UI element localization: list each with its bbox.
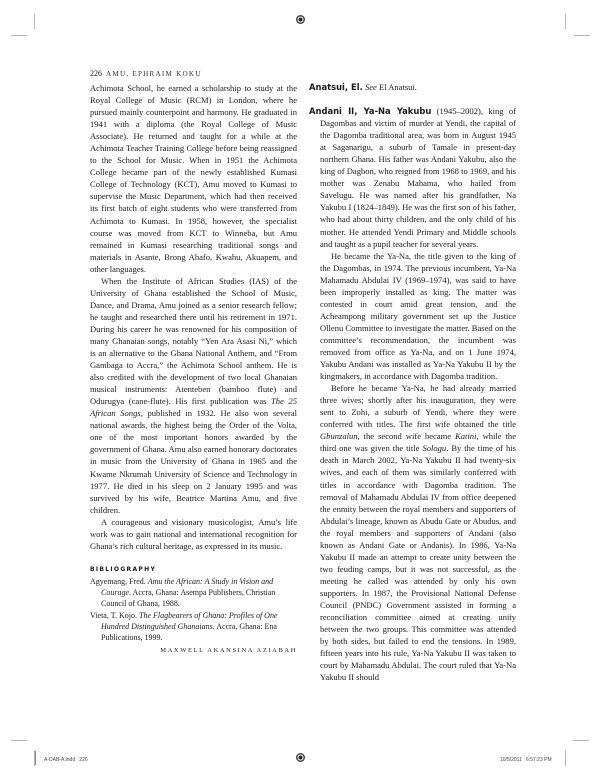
right-column: Anatsui, El. See El Anatsui. Andani II, … bbox=[309, 81, 516, 683]
contributor-name: MAXWELL AKANSINA AZIABAH bbox=[90, 645, 297, 657]
crop-mark-top-right-h bbox=[574, 35, 590, 36]
headword: Anatsui, El. bbox=[309, 82, 363, 92]
entry-intro: Andani II, Ya-Na Yakubu (1945–2002), kin… bbox=[309, 105, 516, 250]
paragraph: He became the Ya-Na, the title given to … bbox=[309, 250, 516, 383]
cross-reference: Anatsui, El. See El Anatsui. bbox=[309, 81, 516, 93]
paragraph: A courageous and visionary musicologist,… bbox=[90, 516, 297, 552]
running-head-title: AMU, EPHRAIM KOKU bbox=[106, 70, 202, 78]
bibliography-heading: BIBLIOGRAPHY bbox=[90, 564, 297, 576]
crop-mark-top-right-v bbox=[565, 13, 566, 29]
paragraph: When the Institute of African Studies (I… bbox=[90, 275, 297, 516]
paragraph: Achimota School, he earned a scholarship… bbox=[90, 82, 297, 275]
cross-reference-target: El Anatsui. bbox=[377, 82, 417, 92]
slug-rule-left bbox=[35, 751, 36, 765]
left-column: Achimota School, he earned a scholarship… bbox=[90, 82, 297, 657]
crop-mark-bottom-right-h bbox=[573, 740, 589, 741]
paragraph: Before he became Ya-Na, he had already m… bbox=[309, 382, 516, 683]
slug-timestamp: 10/5/2011 6:57:23 PM bbox=[500, 757, 552, 763]
crop-mark-top-left-h bbox=[11, 35, 27, 36]
registration-mark-bottom-icon bbox=[296, 753, 305, 762]
registration-mark-top-icon bbox=[296, 15, 305, 24]
bibliography-entry: Agyemang, Fred. Amu the African: A Study… bbox=[90, 576, 297, 610]
bibliography-entry: Vieta, T. Kojo. The Flagbearers of Ghana… bbox=[90, 610, 297, 644]
running-head: 226AMU, EPHRAIM KOKU bbox=[90, 69, 202, 78]
headword: Andani II, Ya-Na Yakubu bbox=[309, 106, 431, 116]
crop-mark-bottom-left-h bbox=[11, 740, 27, 741]
crop-mark-top-left-v bbox=[34, 13, 35, 29]
slug-file-name: A-DAB-A.indd 226 bbox=[44, 757, 88, 763]
crop-mark-bottom-right-v bbox=[565, 750, 566, 766]
page-number: 226 bbox=[90, 69, 102, 78]
